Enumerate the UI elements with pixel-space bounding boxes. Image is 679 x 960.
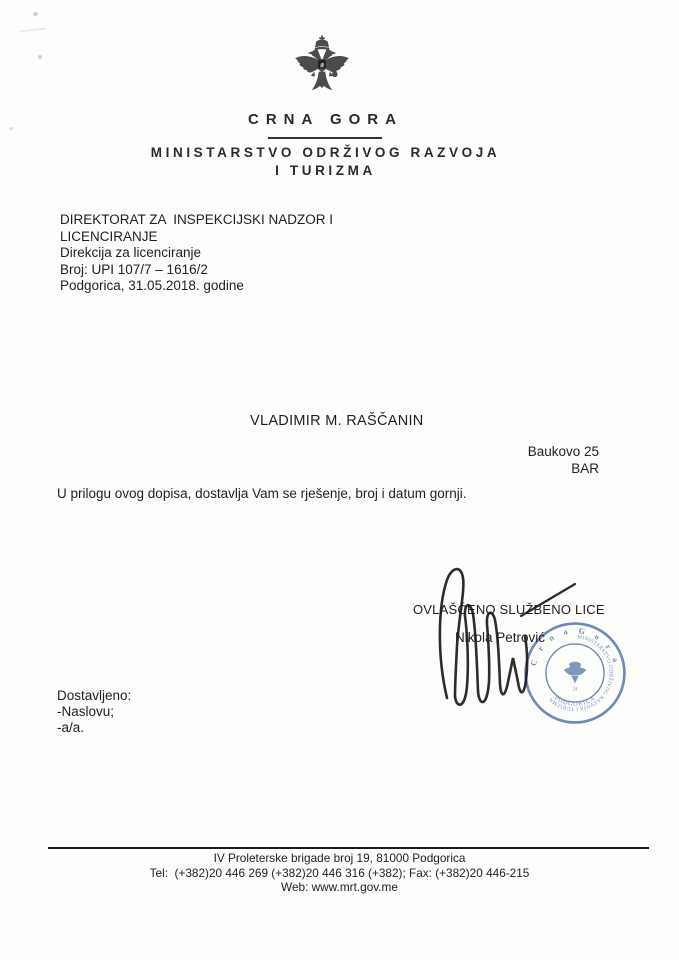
footer: IV Proleterske brigade broj 19, 81000 Po… (0, 851, 679, 895)
directorate-line1: DIREKTORAT ZA INSPEKCIJSKI NADZOR I (60, 212, 333, 229)
department: Direkcija za licenciranje (60, 245, 333, 262)
distribution-item: -Naslovu; (57, 704, 131, 720)
sender-block: DIREKTORAT ZA INSPEKCIJSKI NADZOR I LICE… (60, 212, 333, 295)
ministry-name-line2: I TURIZMA (0, 163, 651, 178)
recipient-name: VLADIMIR M. RAŠČANIN (250, 413, 424, 429)
footer-rule (48, 847, 649, 849)
place-and-date: Podgorica, 31.05.2018. godine (60, 278, 333, 295)
directorate-line2: LICENCIRANJE (60, 229, 333, 246)
footer-web: Web: www.mrt.gov.me (0, 880, 679, 895)
address-city: BAR (528, 461, 599, 478)
reference-number: Broj: UPI 107/7 – 1616/2 (60, 262, 333, 279)
coat-of-arms-eagle-icon (290, 35, 354, 107)
scan-artifact (38, 55, 42, 59)
footer-phone: Tel: (+382)20 446 269 (+382)20 446 316 (… (0, 866, 679, 881)
address-street: Baukovo 25 (528, 444, 599, 461)
country-name: CRNA GORA (0, 111, 651, 128)
scan-artifact (20, 28, 46, 33)
footer-address: IV Proleterske brigade broj 19, 81000 Po… (0, 851, 679, 866)
ministry-name-line1: MINISTARSTVO ODRŽIVOG RAZVOJA (0, 145, 651, 160)
distribution-label: Dostavljeno: (57, 688, 131, 704)
distribution-block: Dostavljeno: -Naslovu; -a/a. (57, 688, 131, 737)
scanned-letter-page: CRNA GORA MINISTARSTVO ODRŽIVOG RAZVOJA … (0, 0, 679, 960)
scan-artifact (33, 12, 38, 16)
handwritten-signature (425, 556, 593, 718)
distribution-item: -a/a. (57, 720, 131, 736)
recipient-address: Baukovo 25 BAR (528, 444, 599, 478)
letter-body: U prilogu ovog dopisa, dostavlja Vam se … (57, 486, 466, 501)
header-divider (268, 137, 382, 139)
